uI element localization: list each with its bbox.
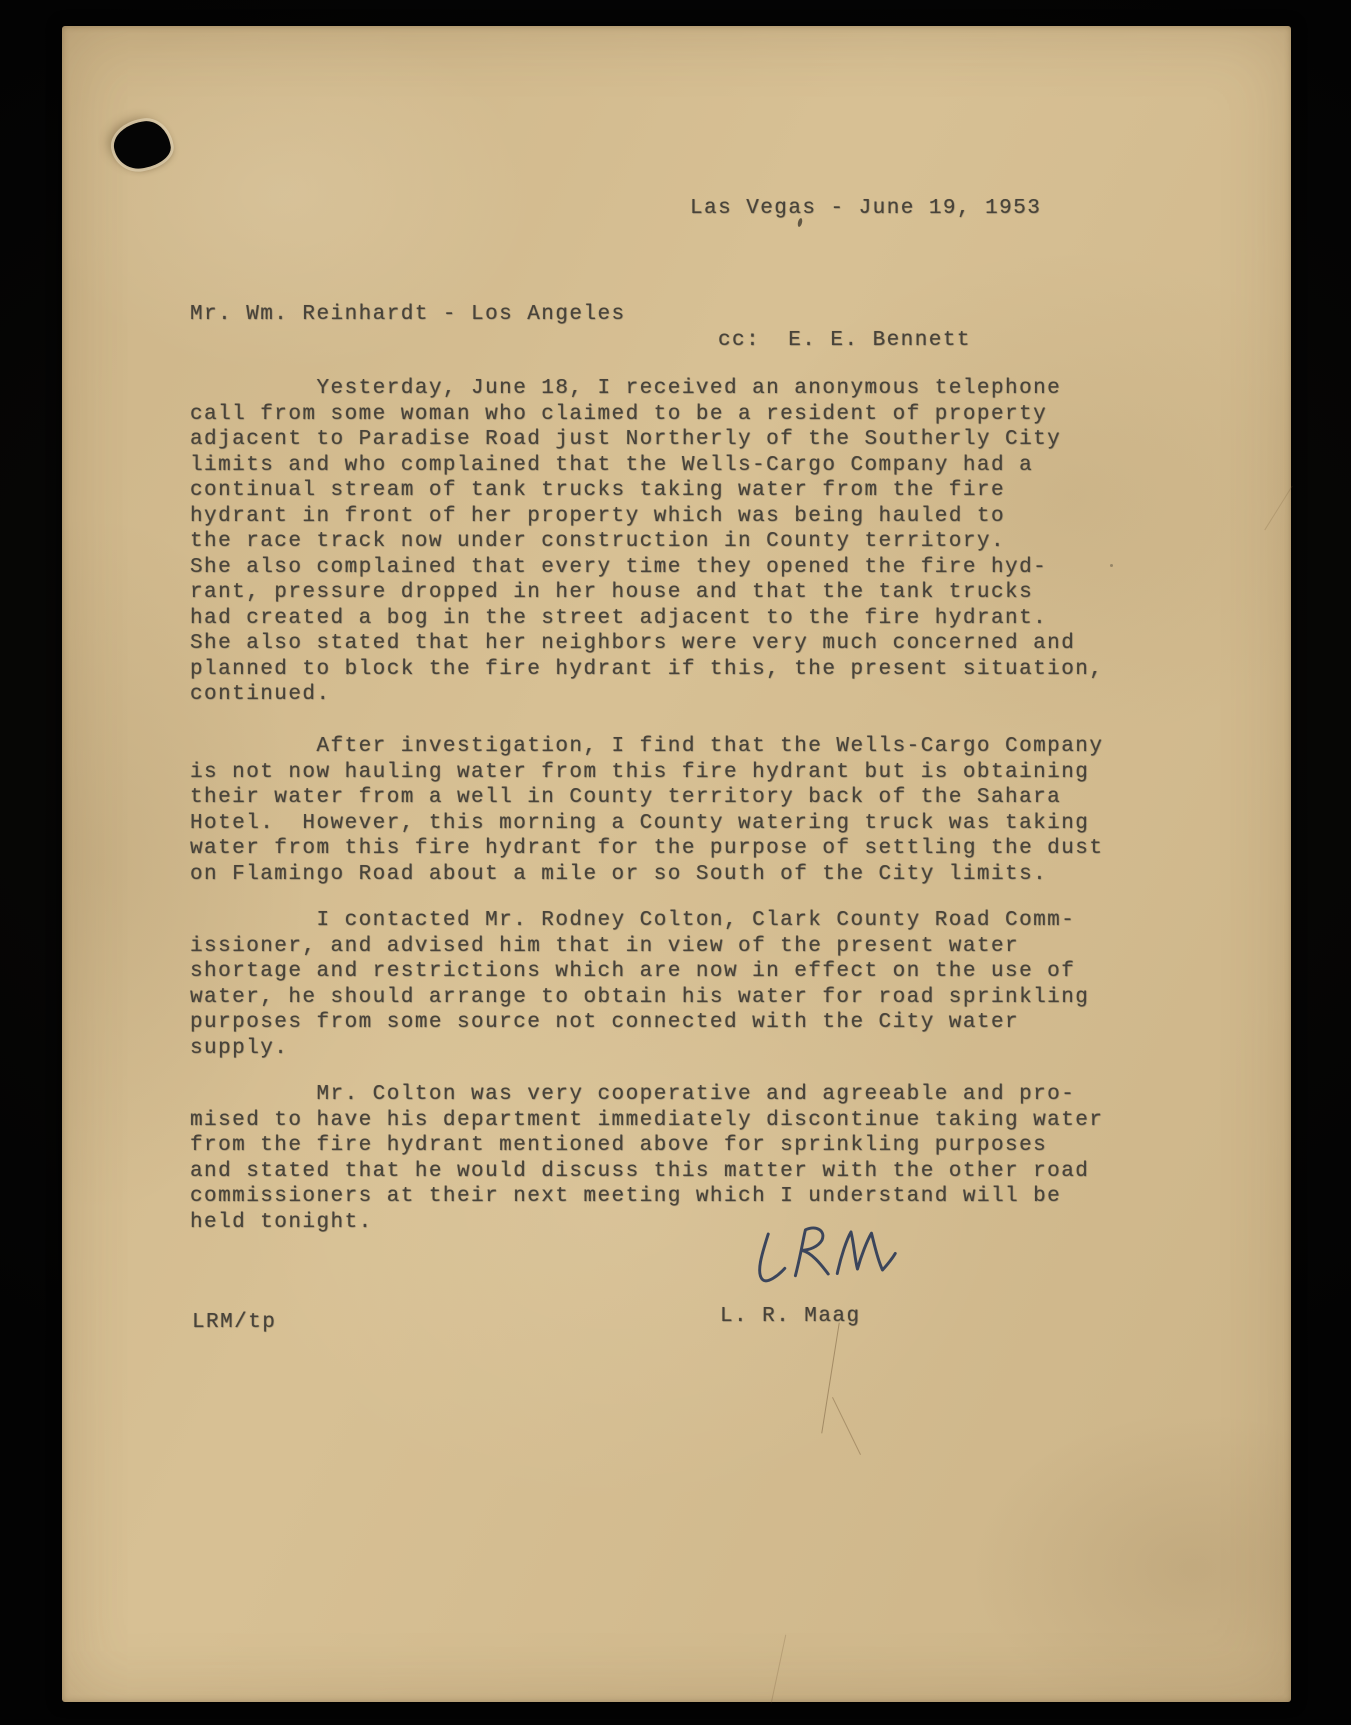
body-paragraph-2: After investigation, I find that the Wel… bbox=[190, 734, 1103, 887]
crease-mark bbox=[821, 1323, 840, 1434]
letter-page: Las Vegas - June 19, 1953 Mr. Wm. Reinha… bbox=[62, 26, 1291, 1702]
typist-reference-initials: LRM/tp bbox=[192, 1310, 276, 1336]
dateline: Las Vegas - June 19, 1953 bbox=[690, 196, 1041, 222]
paper-hole bbox=[110, 117, 173, 172]
cc-line: cc: E. E. Bennett bbox=[718, 328, 971, 354]
typed-signature-name: L. R. Maag bbox=[720, 1304, 861, 1330]
initials-pen-stroke bbox=[758, 1224, 897, 1281]
body-paragraph-4: Mr. Colton was very cooperative and agre… bbox=[190, 1082, 1103, 1235]
addressee-line: Mr. Wm. Reinhardt - Los Angeles bbox=[190, 302, 626, 328]
body-paragraph-3: I contacted Mr. Rodney Colton, Clark Cou… bbox=[190, 908, 1089, 1061]
handwritten-initials-signature bbox=[748, 1218, 901, 1294]
crease-mark bbox=[1264, 486, 1292, 531]
crease-mark bbox=[771, 1635, 787, 1704]
crease-mark bbox=[832, 1397, 861, 1455]
ink-speck bbox=[1110, 564, 1113, 567]
scan-background: Las Vegas - June 19, 1953 Mr. Wm. Reinha… bbox=[0, 0, 1351, 1725]
body-paragraph-1: Yesterday, June 18, I received an anonym… bbox=[190, 376, 1103, 708]
